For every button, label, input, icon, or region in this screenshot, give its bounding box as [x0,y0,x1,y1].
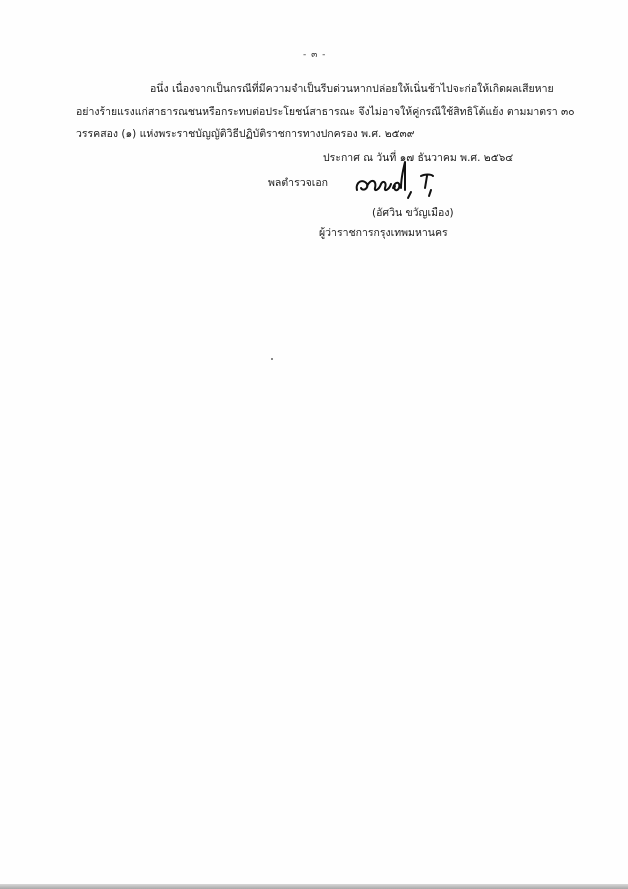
page-number: - ๓ - [303,47,326,61]
signature-mark [353,160,443,200]
signatory-name: (อัศวิน ขวัญเมือง) [372,206,454,220]
page-bottom-edge [0,884,628,889]
signatory-position: ผู้ว่าราชการกรุงเทพมหานคร [319,226,448,240]
scan-speck [271,358,273,360]
document-page: - ๓ - อนึ่ง เนื่องจากเป็นกรณีที่มีความจำ… [0,0,628,884]
body-line-1: อนึ่ง เนื่องจากเป็นกรณีที่มีความจำเป็นรี… [150,82,554,96]
body-line-3: วรรคสอง (๑) แห่งพระราชบัญญัติวิธีปฏิบัติ… [76,127,414,141]
signatory-rank: พลตำรวจเอก [268,174,328,191]
body-line-2: อย่างร้ายแรงแก่สาธารณชนหรือกระทบต่อประโย… [76,105,575,119]
